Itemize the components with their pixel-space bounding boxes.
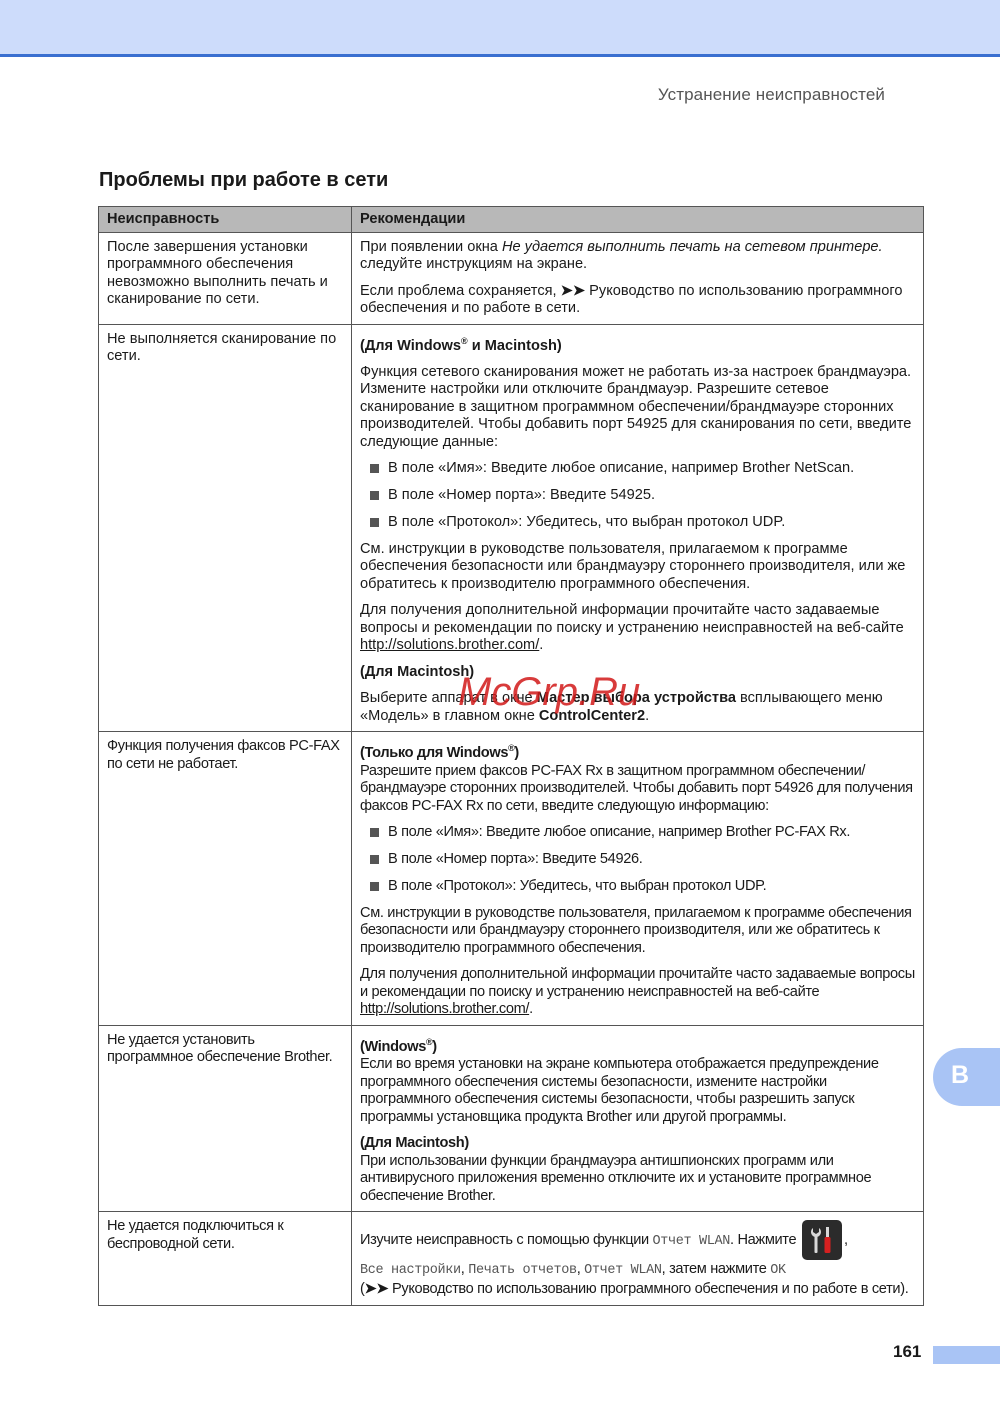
cross-reference-arrow-icon: ➤➤ <box>561 283 585 299</box>
section-title: Проблемы при работе в сети <box>99 169 388 192</box>
recommendation-cell: Изучите неисправность с помощью функции … <box>352 1212 924 1306</box>
bullet-list: В поле «Имя»: Введите любое описание, на… <box>360 824 915 896</box>
list-item: В поле «Протокол»: Убедитесь, что выбран… <box>368 514 915 532</box>
paragraph: См. инструкции в руководстве пользовател… <box>360 905 915 958</box>
recommendation-cell: (Для Windows® и Macintosh) Функция сетев… <box>352 324 924 732</box>
recommendation-cell: (Только для Windows®)Разрешите прием фак… <box>352 732 924 1025</box>
list-item: В поле «Протокол»: Убедитесь, что выбран… <box>368 878 915 896</box>
table-row: Не удается установить программное обеспе… <box>99 1025 924 1211</box>
recommendation-cell: (Windows®)Если во время установки на экр… <box>352 1025 924 1211</box>
top-divider <box>0 54 1000 57</box>
square-bullet-icon <box>370 882 379 891</box>
solutions-link[interactable]: http://solutions.brother.com/ <box>360 1001 529 1017</box>
chapter-tab-label: B <box>951 1061 969 1090</box>
recommendation-cell: При появлении окна Не удается выполнить … <box>352 232 924 324</box>
problem-cell: Функция получения факсов PC-FAX по сети … <box>99 732 352 1025</box>
problem-cell: После завершения установки программного … <box>99 232 352 324</box>
paragraph: Для получения дополнительной информации … <box>360 602 915 655</box>
list-item: В поле «Номер порта»: Введите 54926. <box>368 851 915 869</box>
paragraph: Изучите неисправность с помощью функции … <box>360 1220 915 1299</box>
column-header-recommendations: Рекомендации <box>352 207 924 233</box>
cross-reference-arrow-icon: ➤➤ <box>365 1281 389 1297</box>
table-row: Не выполняется сканирование по сети. (Дл… <box>99 324 924 732</box>
paragraph: См. инструкции в руководстве пользовател… <box>360 541 915 594</box>
paragraph: Для получения дополнительной информации … <box>360 966 915 1019</box>
square-bullet-icon <box>370 491 379 500</box>
column-header-problem: Неисправность <box>99 207 352 233</box>
problem-cell: Не удается подключиться к беспроводной с… <box>99 1212 352 1306</box>
page-number: 161 <box>893 1342 921 1362</box>
square-bullet-icon <box>370 855 379 864</box>
square-bullet-icon <box>370 518 379 527</box>
table-row: Функция получения факсов PC-FAX по сети … <box>99 732 924 1025</box>
chapter-tab: B <box>933 1048 1000 1106</box>
paragraph: Выберите аппарат в окне Мастер выбора ус… <box>360 690 915 725</box>
list-item: В поле «Номер порта»: Введите 54925. <box>368 487 915 505</box>
paragraph: Функция сетевого сканирования может не р… <box>360 364 915 452</box>
paragraph: (Только для Windows®)Разрешите прием фак… <box>360 740 915 815</box>
settings-tools-icon[interactable] <box>802 1220 842 1260</box>
list-item: В поле «Имя»: Введите любое описание, на… <box>368 824 915 842</box>
table-row: Не удается подключиться к беспроводной с… <box>99 1212 924 1306</box>
problem-cell: Не выполняется сканирование по сети. <box>99 324 352 732</box>
running-head: Устранение неисправностей <box>658 85 885 105</box>
paragraph: При появлении окна Не удается выполнить … <box>360 239 915 274</box>
paragraph: (Для Macintosh)При использовании функции… <box>360 1135 915 1205</box>
solutions-link[interactable]: http://solutions.brother.com/ <box>360 637 539 653</box>
bullet-list: В поле «Имя»: Введите любое описание, на… <box>360 460 915 532</box>
square-bullet-icon <box>370 464 379 473</box>
table-row: После завершения установки программного … <box>99 232 924 324</box>
paragraph: (Windows®)Если во время установки на экр… <box>360 1034 915 1126</box>
troubleshooting-table: Неисправность Рекомендации После заверше… <box>98 206 924 1306</box>
subheading: (Для Macintosh) <box>360 664 915 682</box>
table-header-row: Неисправность Рекомендации <box>99 207 924 233</box>
subheading: (Для Windows® и Macintosh) <box>360 333 915 355</box>
top-band <box>0 0 1000 54</box>
page-number-bar <box>933 1346 1000 1364</box>
paragraph: Если проблема сохраняется, ➤➤ Руководств… <box>360 283 915 318</box>
square-bullet-icon <box>370 828 379 837</box>
list-item: В поле «Имя»: Введите любое описание, на… <box>368 460 915 478</box>
problem-cell: Не удается установить программное обеспе… <box>99 1025 352 1211</box>
